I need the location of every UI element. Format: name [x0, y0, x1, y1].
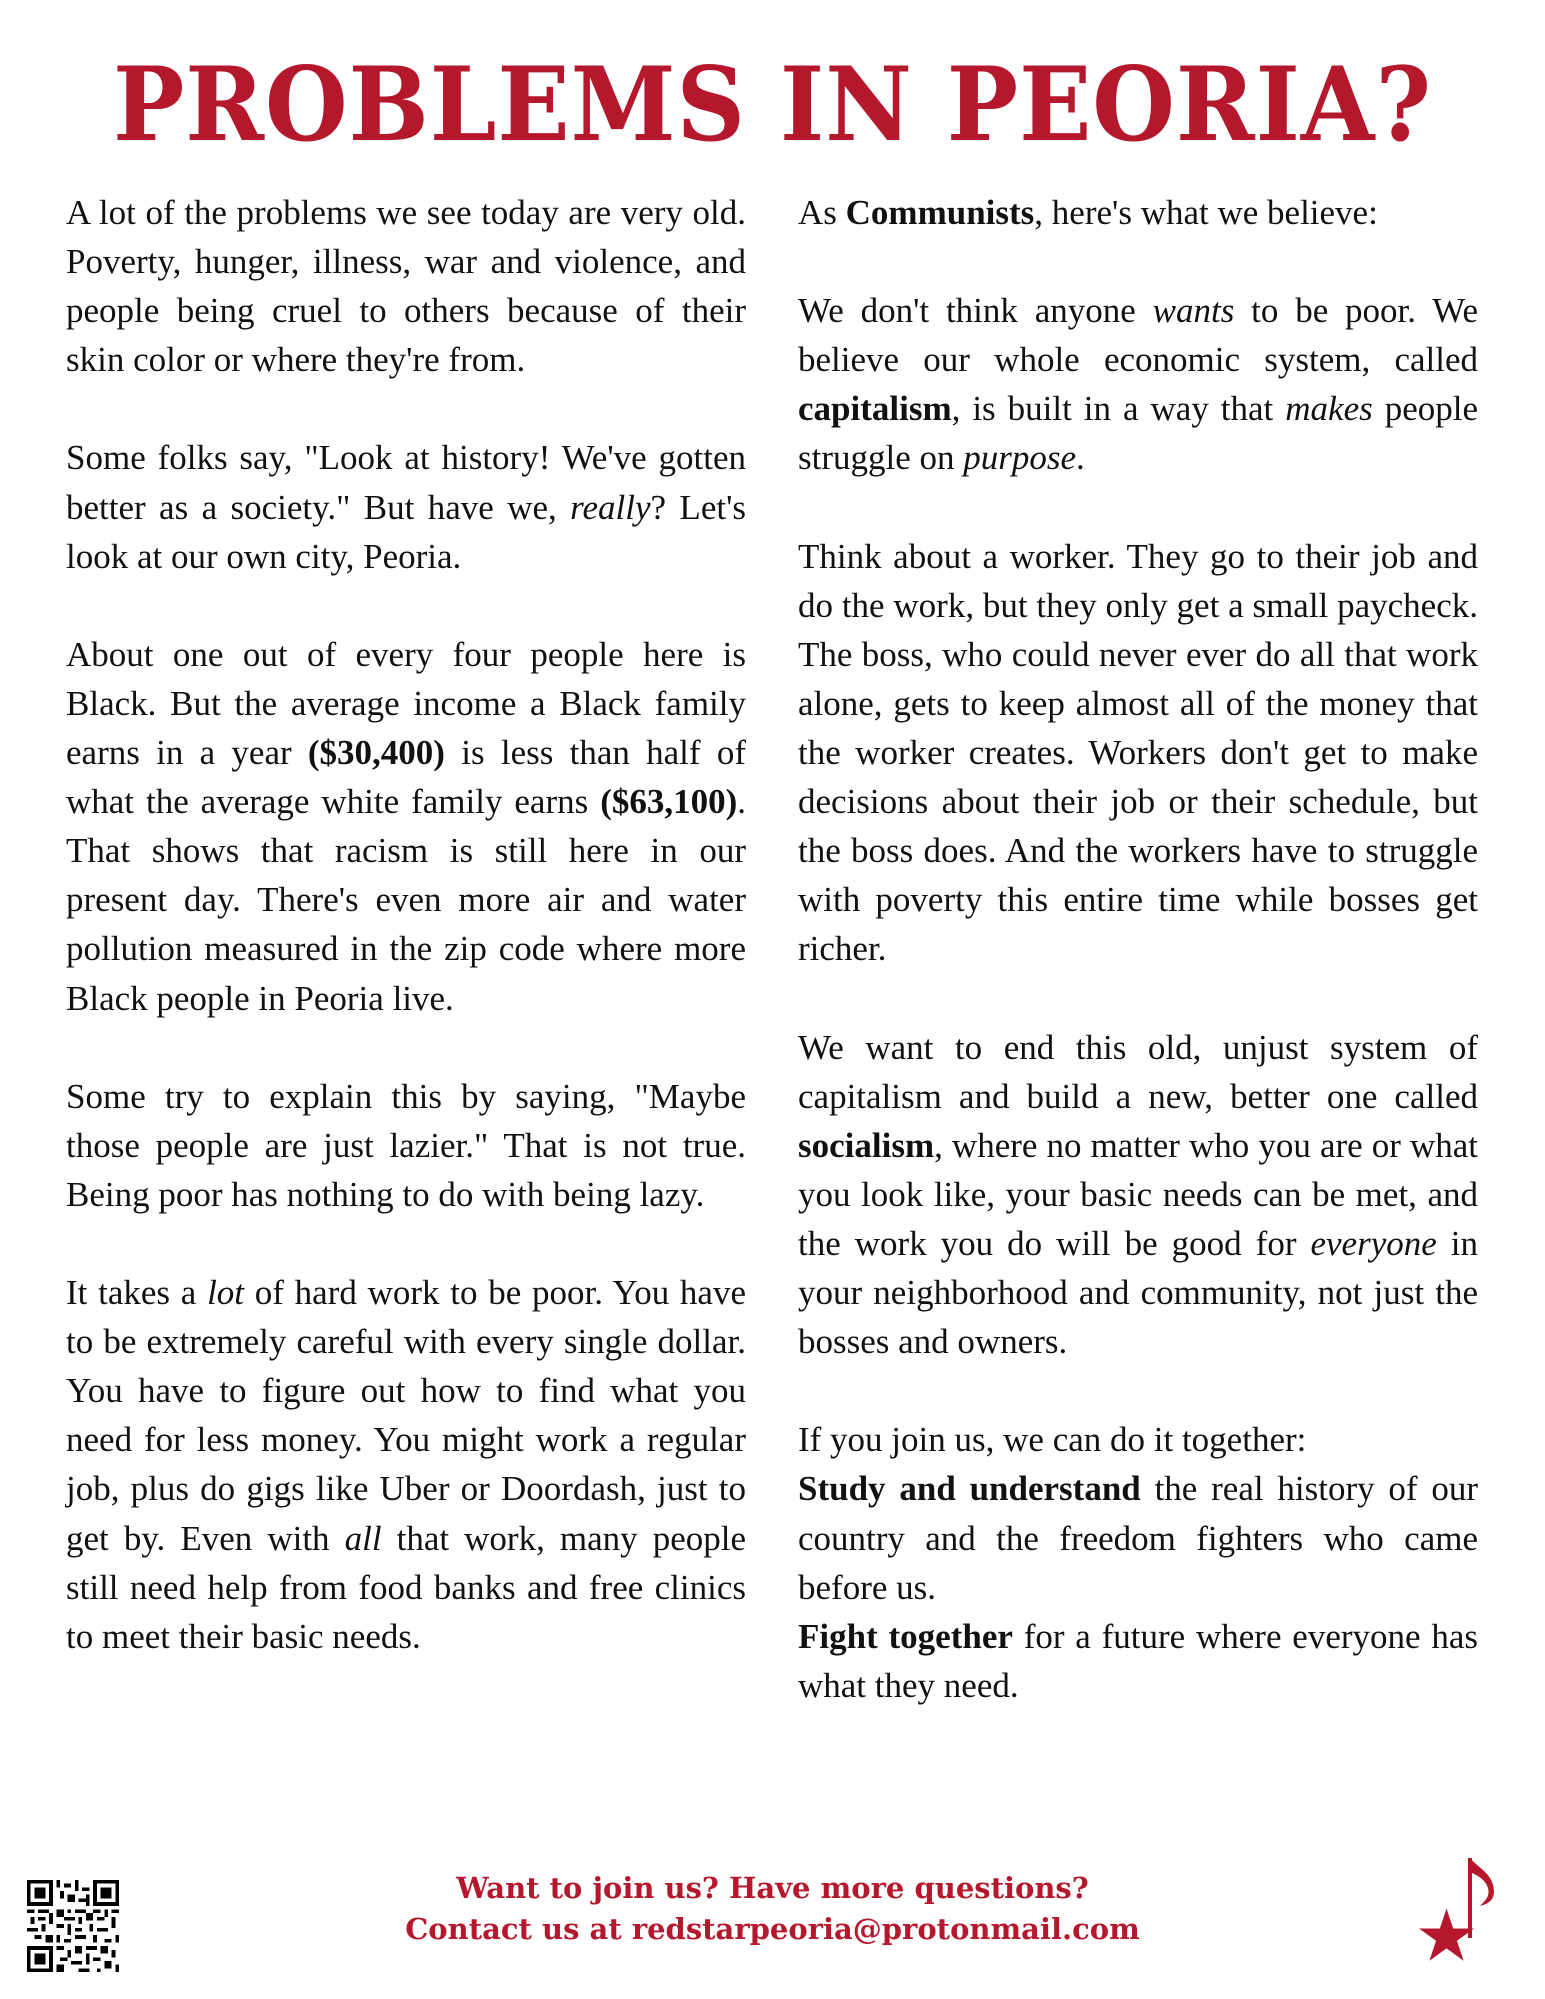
paragraph-income-stats: About one out of every four people here … [66, 630, 746, 1023]
emphasis: wants [1153, 291, 1235, 330]
footer-question-line: Want to join us? Have more questions? [300, 1868, 1245, 1909]
page-title: PROBLEMS IN PEORIA? [54, 40, 1491, 170]
text: As [798, 193, 846, 232]
text: It takes a [66, 1273, 207, 1312]
emphasis: lot [207, 1273, 244, 1312]
emphasis-bold: Fight together [798, 1617, 1013, 1656]
paragraph-worker: Think about a worker. They go to their j… [798, 532, 1478, 974]
paragraph-history: Some folks say, "Look at history! We've … [66, 433, 746, 580]
paragraph-study: Study and understand the real history of… [798, 1464, 1478, 1611]
emphasis: all [345, 1519, 382, 1558]
paragraph-hard-work: It takes a lot of hard work to be poor. … [66, 1268, 746, 1661]
paragraph-join: If you join us, we can do it together: [798, 1415, 1478, 1464]
text: . [1076, 438, 1085, 477]
qr-code-icon[interactable] [27, 1880, 119, 1972]
emphasis-bold: capitalism [798, 389, 952, 428]
emphasis-bold: socialism [798, 1126, 934, 1165]
emphasis-bold: Study and understand [798, 1469, 1141, 1508]
emphasis-bold: Communists [846, 193, 1035, 232]
text: of hard work to be poor. You have to be … [66, 1273, 746, 1557]
emphasis: makes [1285, 389, 1372, 428]
text: , here's what we believe: [1034, 193, 1378, 232]
white-income-value: ($63,100) [600, 782, 737, 821]
paragraph-intro: As Communists, here's what we believe: [798, 188, 1478, 237]
paragraph-lazy-myth: Some try to explain this by saying, "May… [66, 1072, 746, 1219]
text: We want to end this old, unjust system o… [798, 1028, 1478, 1116]
emphasis: really [570, 488, 650, 527]
left-column: A lot of the problems we see today are v… [66, 188, 746, 1710]
paragraph-capitalism: We don't think anyone wants to be poor. … [798, 286, 1478, 482]
red-star-music-note-logo-icon [1410, 1850, 1500, 1970]
contact-footer: Want to join us? Have more questions? Co… [300, 1868, 1245, 1950]
paragraph-fight: Fight together for a future where everyo… [798, 1612, 1478, 1710]
paragraph-socialism: We want to end this old, unjust system o… [798, 1023, 1478, 1367]
paragraph-old-problems: A lot of the problems we see today are v… [66, 188, 746, 384]
text: , is built in a way that [952, 389, 1286, 428]
black-income-value: ($30,400) [308, 733, 445, 772]
footer-contact-email[interactable]: Contact us at redstarpeoria@protonmail.c… [300, 1909, 1245, 1950]
right-column: As Communists, here's what we believe: W… [798, 188, 1478, 1710]
emphasis: purpose [963, 438, 1076, 477]
text: We don't think anyone [798, 291, 1153, 330]
emphasis: everyone [1310, 1224, 1436, 1263]
